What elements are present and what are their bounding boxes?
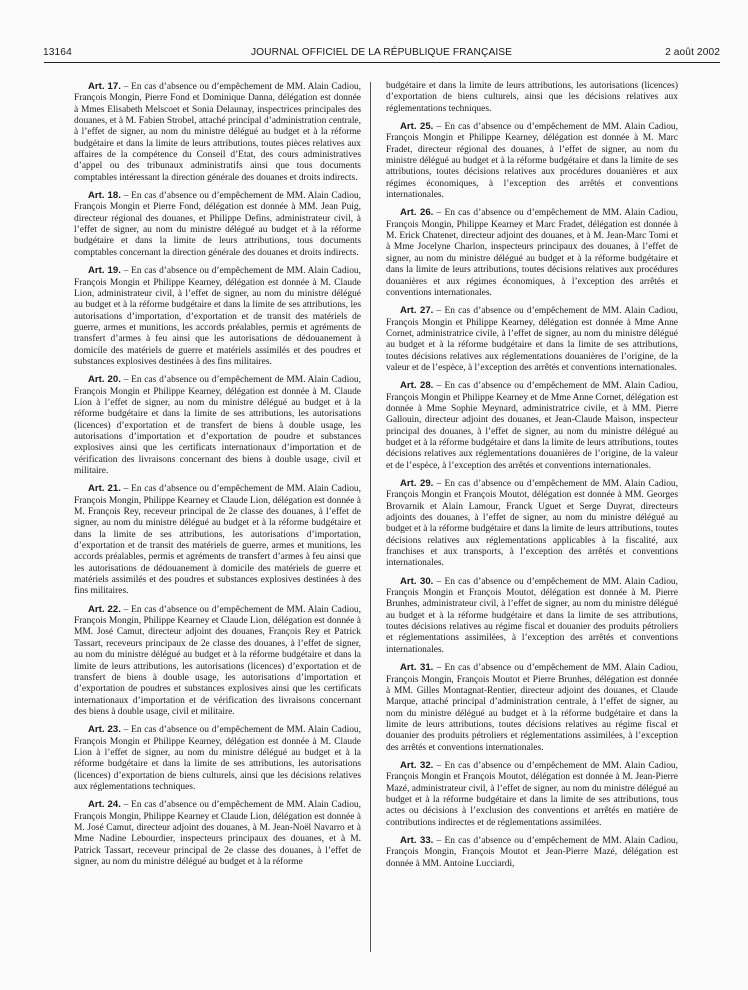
article-text: – En cas d’absence ou d’empêchement de M… xyxy=(74,191,361,258)
article-label: Art. 19. xyxy=(88,265,121,276)
header-rule xyxy=(44,62,720,63)
article-22: Art. 22. – En cas d’absence ou d’empêche… xyxy=(74,604,361,718)
article-28: Art. 28. – En cas d’absence ou d’empêche… xyxy=(386,380,678,472)
article-text: – En cas d’absence ou d’empêchement de M… xyxy=(386,577,678,655)
article-label: Art. 28. xyxy=(400,380,433,391)
journal-title: JOURNAL OFFICIEL DE LA RÉPUBLIQUE FRANÇA… xyxy=(43,47,720,58)
left-column: Art. 17. – En cas d’absence ou d’empêche… xyxy=(74,81,361,874)
article-label: Art. 18. xyxy=(88,190,121,201)
article-25: Art. 25. – En cas d’absence ou d’empêche… xyxy=(386,121,678,201)
article-32: Art. 32. – En cas d’absence ou d’empêche… xyxy=(386,760,678,829)
article-17: Art. 17. – En cas d’absence ou d’empêche… xyxy=(74,81,361,184)
article-text: – En cas d’absence ou d’empêchement de M… xyxy=(386,306,678,373)
article-label: Art. 26. xyxy=(400,207,433,218)
article-text: – En cas d’absence ou d’empêchement de M… xyxy=(74,484,361,596)
article-text: – En cas d’absence ou d’empêchement de M… xyxy=(386,479,678,568)
article-text: – En cas d’absence ou d’empêchement de M… xyxy=(74,375,361,476)
article-label: Art. 24. xyxy=(88,799,121,810)
article-24: Art. 24. – En cas d’absence ou d’empêche… xyxy=(74,799,361,868)
article-24-continuation: budgétaire et dans la limite de leurs at… xyxy=(386,81,678,115)
article-23: Art. 23. – En cas d’absence ou d’empêche… xyxy=(74,724,361,793)
article-label: Art. 32. xyxy=(400,760,433,771)
article-label: Art. 25. xyxy=(400,121,433,132)
article-text: – En cas d’absence ou d’empêchement de M… xyxy=(74,725,361,792)
article-label: Art. 30. xyxy=(400,576,433,587)
article-label: Art. 22. xyxy=(88,604,121,615)
article-18: Art. 18. – En cas d’absence ou d’empêche… xyxy=(74,190,361,259)
article-29: Art. 29. – En cas d’absence ou d’empêche… xyxy=(386,478,678,570)
article-label: Art. 31. xyxy=(400,662,433,673)
article-label: Art. 33. xyxy=(400,835,433,846)
article-27: Art. 27. – En cas d’absence ou d’empêche… xyxy=(386,305,678,374)
article-label: Art. 17. xyxy=(88,81,121,92)
article-text: – En cas d’absence ou d’empêchement de M… xyxy=(386,208,678,297)
article-label: Art. 29. xyxy=(400,478,433,489)
article-label: Art. 23. xyxy=(88,724,121,735)
article-label: Art. 27. xyxy=(400,305,433,316)
page-header: 13164 JOURNAL OFFICIEL DE LA RÉPUBLIQUE … xyxy=(43,46,720,62)
article-33: Art. 33. – En cas d’absence ou d’empêche… xyxy=(386,835,678,870)
article-text: – En cas d’absence ou d’empêchement de M… xyxy=(386,122,678,200)
article-19: Art. 19. – En cas d’absence ou d’empêche… xyxy=(74,265,361,368)
right-column: budgétaire et dans la limite de leurs at… xyxy=(386,81,678,876)
article-30: Art. 30. – En cas d’absence ou d’empêche… xyxy=(386,576,678,656)
column-divider xyxy=(370,82,371,952)
article-20: Art. 20. – En cas d’absence ou d’empêche… xyxy=(74,374,361,477)
issue-date: 2 août 2002 xyxy=(665,47,720,58)
article-text: – En cas d’absence ou d’empêchement de M… xyxy=(74,605,361,717)
article-text: – En cas d’absence ou d’empêchement de M… xyxy=(386,381,678,470)
article-text: – En cas d’absence ou d’empêchement de M… xyxy=(386,663,678,752)
article-label: Art. 20. xyxy=(88,374,121,385)
article-label: Art. 21. xyxy=(88,483,121,494)
article-text: – En cas d’absence ou d’empêchement de M… xyxy=(74,82,361,183)
article-text: – En cas d’absence ou d’empêchement de M… xyxy=(74,800,361,867)
article-text: – En cas d’absence ou d’empêchement de M… xyxy=(74,266,361,367)
article-31: Art. 31. – En cas d’absence ou d’empêche… xyxy=(386,662,678,754)
article-21: Art. 21. – En cas d’absence ou d’empêche… xyxy=(74,483,361,597)
article-26: Art. 26. – En cas d’absence ou d’empêche… xyxy=(386,207,678,299)
